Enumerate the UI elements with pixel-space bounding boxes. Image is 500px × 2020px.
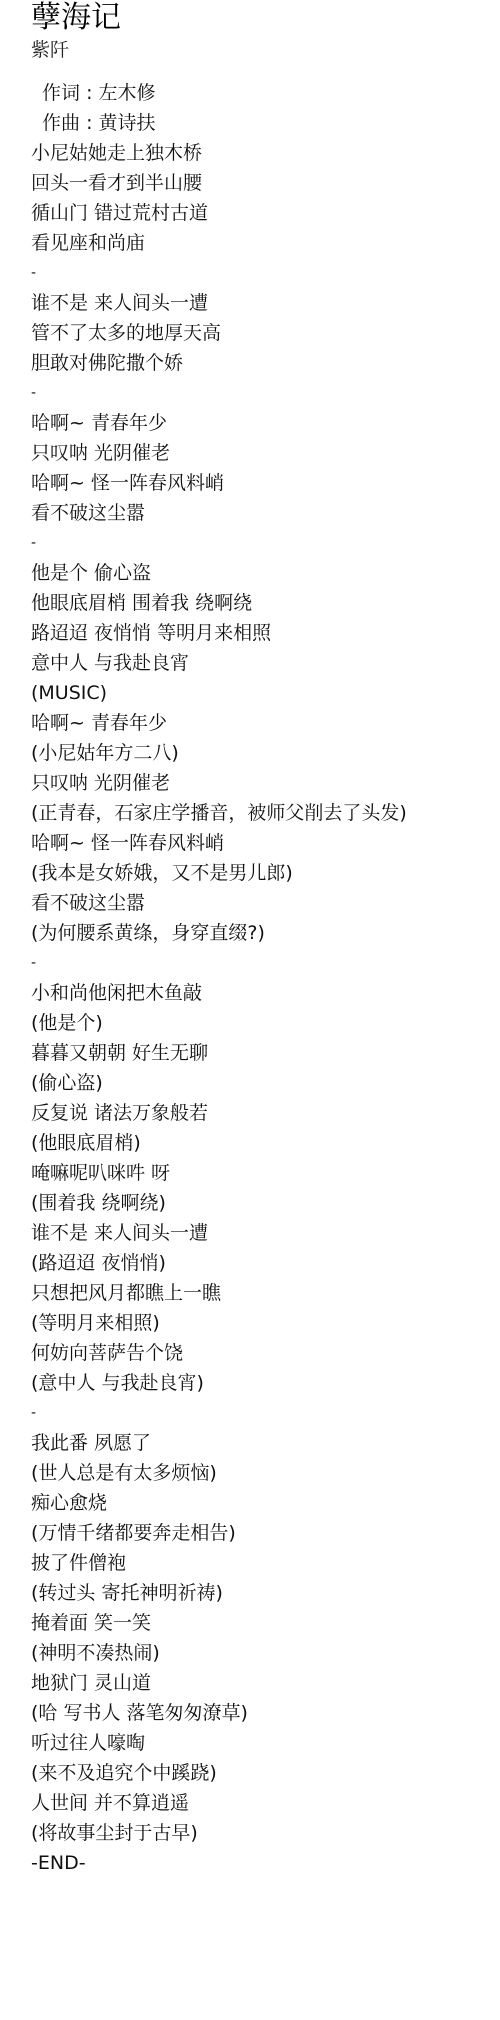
- song-artist: 紫阡: [31, 38, 500, 62]
- lyric-line: (围着我 绕啊绕): [31, 1188, 500, 1218]
- lyric-line: 只想把风月都瞧上一瞧: [31, 1278, 500, 1308]
- lyric-line: (万情千绪都要奔走相告): [31, 1518, 500, 1548]
- lyric-line: (转过头 寄托神明祈祷): [31, 1578, 500, 1608]
- lyric-line: (正青春，石家庄学播音，被师父削去了头发): [31, 798, 500, 828]
- lyric-line: -END-: [31, 1848, 500, 1878]
- lyric-line: 暮暮又朝朝 好生无聊: [31, 1038, 500, 1068]
- lyric-line: 路迢迢 夜悄悄 等明月来相照: [31, 618, 500, 648]
- lyric-line: 小尼姑她走上独木桥: [31, 138, 500, 168]
- lyric-line: (MUSIC): [31, 678, 500, 708]
- lyric-line: 看不破这尘嚣: [31, 888, 500, 918]
- lyric-line: 回头一看才到半山腰: [31, 168, 500, 198]
- lyric-line: 看见座和尚庙: [31, 228, 500, 258]
- lyric-line: 掩着面 笑一笑: [31, 1608, 500, 1638]
- lyric-line: 哈啊~ 怪一阵春风料峭: [31, 468, 500, 498]
- lyric-line: 只叹呐 光阴催老: [31, 438, 500, 468]
- lyricist-credit: 作词 : 左木修: [31, 78, 500, 108]
- lyric-line: (将故事尘封于古早): [31, 1818, 500, 1848]
- lyric-line: 哈啊~ 青春年少: [31, 708, 500, 738]
- section-separator: -: [31, 948, 500, 978]
- lyric-line: 他眼底眉梢 围着我 绕啊绕: [31, 588, 500, 618]
- lyric-line: 胆敢对佛陀撒个娇: [31, 348, 500, 378]
- lyric-line: 人世间 并不算逍遥: [31, 1788, 500, 1818]
- lyric-line: 反复说 诸法万象般若: [31, 1098, 500, 1128]
- section-separator: -: [31, 258, 500, 288]
- song-title: 孽海记: [31, 0, 500, 36]
- lyric-line: 循山门 错过荒村古道: [31, 198, 500, 228]
- lyric-line: 他是个 偷心盗: [31, 558, 500, 588]
- lyric-line: 披了件僧袍: [31, 1548, 500, 1578]
- lyric-line: 地狱门 灵山道: [31, 1668, 500, 1698]
- lyric-line: 我此番 夙愿了: [31, 1428, 500, 1458]
- lyric-line: (偷心盗): [31, 1068, 500, 1098]
- section-separator: -: [31, 378, 500, 408]
- lyric-line: (为何腰系黄绦，身穿直缀?): [31, 918, 500, 948]
- lyric-line: (等明月来相照): [31, 1308, 500, 1338]
- section-separator: -: [31, 528, 500, 558]
- lyric-line: 谁不是 来人间头一遭: [31, 288, 500, 318]
- section-separator: -: [31, 1398, 500, 1428]
- lyric-line: 痴心愈烧: [31, 1488, 500, 1518]
- lyric-line: 谁不是 来人间头一遭: [31, 1218, 500, 1248]
- lyrics-page: 孽海记 紫阡 作词 : 左木修 作曲 : 黄诗扶 小尼姑她走上独木桥回头一看才到…: [0, 0, 500, 1878]
- lyric-line: (哈 写书人 落笔匆匆潦草): [31, 1698, 500, 1728]
- lyric-lines: 小尼姑她走上独木桥回头一看才到半山腰循山门 错过荒村古道看见座和尚庙-谁不是 来…: [31, 138, 500, 1878]
- lyric-line: (他眼底眉梢): [31, 1128, 500, 1158]
- lyric-line: 管不了太多的地厚天高: [31, 318, 500, 348]
- lyric-line: (世人总是有太多烦恼): [31, 1458, 500, 1488]
- lyric-line: 听过往人嚎啕: [31, 1728, 500, 1758]
- lyric-line: 哈啊~ 青春年少: [31, 408, 500, 438]
- lyric-line: 唵嘛呢叭咪吽 呀: [31, 1158, 500, 1188]
- lyric-line: (路迢迢 夜悄悄): [31, 1248, 500, 1278]
- lyric-line: (神明不凑热闹): [31, 1638, 500, 1668]
- lyric-line: 看不破这尘嚣: [31, 498, 500, 528]
- lyric-line: (小尼姑年方二八): [31, 738, 500, 768]
- lyric-line: (来不及追究个中蹊跷): [31, 1758, 500, 1788]
- lyric-line: (他是个): [31, 1008, 500, 1038]
- lyric-line: 何妨向菩萨告个饶: [31, 1338, 500, 1368]
- lyric-line: (意中人 与我赴良宵): [31, 1368, 500, 1398]
- lyric-line: 意中人 与我赴良宵: [31, 648, 500, 678]
- composer-credit: 作曲 : 黄诗扶: [31, 108, 500, 138]
- lyrics-body: 作词 : 左木修 作曲 : 黄诗扶 小尼姑她走上独木桥回头一看才到半山腰循山门 …: [31, 78, 500, 1878]
- lyric-line: (我本是女娇娥，又不是男儿郎): [31, 858, 500, 888]
- lyric-line: 哈啊~ 怪一阵春风料峭: [31, 828, 500, 858]
- lyric-line: 只叹呐 光阴催老: [31, 768, 500, 798]
- lyric-line: 小和尚他闲把木鱼敲: [31, 978, 500, 1008]
